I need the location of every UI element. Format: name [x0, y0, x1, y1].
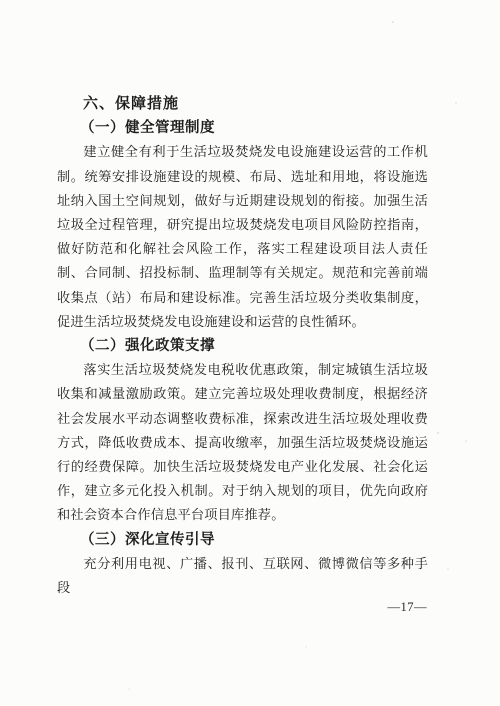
section-3-heading: （三）深化宣传引导 — [57, 528, 428, 552]
section-3: （三）深化宣传引导 充分利用电视、广播、报刊、互联网、微博微信等多种手段 — [57, 528, 428, 601]
section-1-heading: （一）健全管理制度 — [57, 116, 428, 140]
page-number: —17— — [388, 600, 428, 614]
section-2: （二）强化政策支撑 落实生活垃圾焚烧发电税收优惠政策，制定城镇生活垃圾收集和减量… — [57, 334, 428, 528]
chapter-heading: 六、保障措施 — [57, 92, 428, 116]
document-content: 六、保障措施 （一）健全管理制度 建立健全有利于生活垃圾焚烧发电设施建设运营的工… — [57, 92, 428, 600]
section-3-body: 充分利用电视、广播、报刊、互联网、微博微信等多种手段 — [57, 552, 428, 600]
scan-noise — [0, 0, 2, 2]
document-page: 六、保障措施 （一）健全管理制度 建立健全有利于生活垃圾焚烧发电设施建设运营的工… — [0, 0, 500, 706]
section-2-body: 落实生活垃圾焚烧发电税收优惠政策，制定城镇生活垃圾收集和减量激励政策。建立完善垃… — [57, 358, 428, 527]
section-2-heading: （二）强化政策支撑 — [57, 334, 428, 358]
section-1-body: 建立健全有利于生活垃圾焚烧发电设施建设运营的工作机制。统筹安排设施建设的规模、布… — [57, 140, 428, 334]
section-1: （一）健全管理制度 建立健全有利于生活垃圾焚烧发电设施建设运营的工作机制。统筹安… — [57, 116, 428, 334]
